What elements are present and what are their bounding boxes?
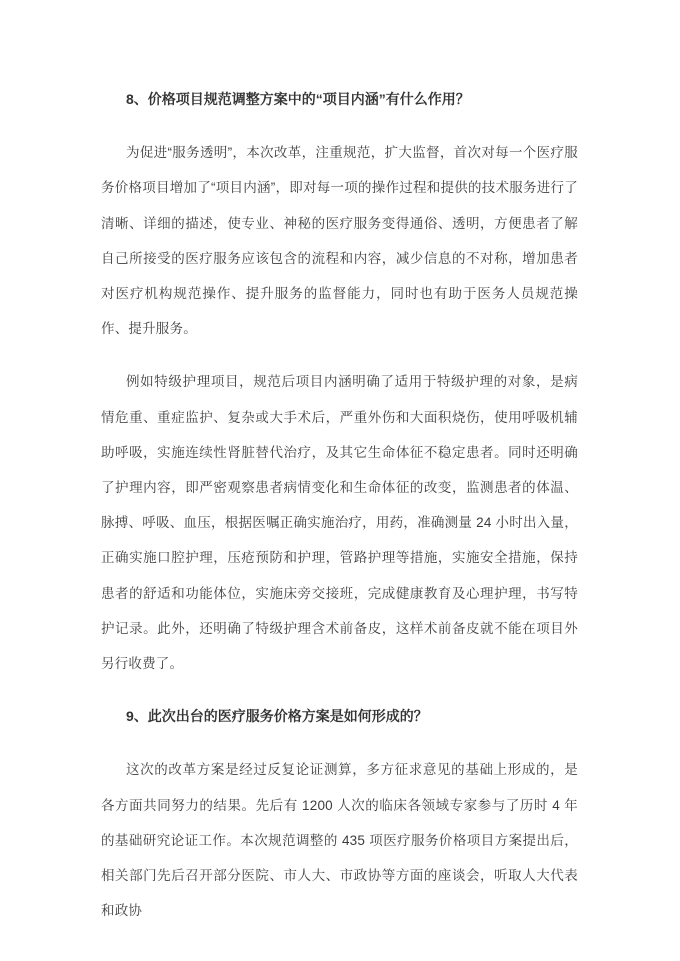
document-page: 8、价格项目规范调整方案中的“项目内涵”有什么作用？ 为促进“服务透明”，本次改… bbox=[0, 0, 680, 961]
question-9-heading: 9、此次出台的医疗服务价格方案是如何形成的？ bbox=[101, 699, 578, 734]
question-8-answer-paragraph-2: 例如特级护理项目，规范后项目内涵明确了适用于特级护理的对象，是病情危重、重症监护… bbox=[101, 364, 578, 681]
document-content: 8、价格项目规范调整方案中的“项目内涵”有什么作用？ 为促进“服务透明”，本次改… bbox=[101, 82, 578, 946]
question-9-answer-paragraph-1: 这次的改革方案是经过反复论证测算，多方征求意见的基础上形成的，是各方面共同努力的… bbox=[101, 752, 578, 928]
question-8-heading: 8、价格项目规范调整方案中的“项目内涵”有什么作用？ bbox=[101, 82, 578, 117]
question-8-answer-paragraph-1: 为促进“服务透明”，本次改革，注重规范，扩大监督，首次对每一个医疗服务价格项目增… bbox=[101, 135, 578, 346]
